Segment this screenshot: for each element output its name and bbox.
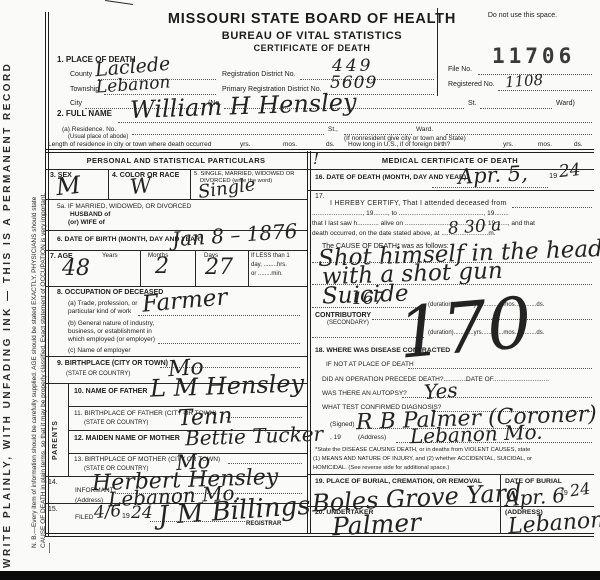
undertaker-value: Palmer	[331, 510, 421, 540]
age-years-value: 48	[62, 258, 90, 280]
dod-19-printed: 19	[549, 172, 557, 180]
signed-address-value: Lebanon Mo.	[410, 422, 543, 447]
board-title: MISSOURI STATE BOARD OF HEALTH	[162, 12, 462, 28]
form-left-border	[45, 12, 49, 536]
father-name-label: 10. NAME OF FATHER	[74, 388, 147, 396]
cell-divider	[248, 250, 249, 286]
less-than-label3: or ........min.	[251, 271, 283, 278]
signed-19-label: , 19	[330, 434, 341, 441]
city-label: City	[70, 100, 82, 108]
registered-no-value: 1108	[505, 73, 544, 91]
footnote-line2: (1) MEANS AND NATURE OF INJURY, and (2) …	[313, 456, 532, 462]
margin-note-line1: N. B.—Every item of information should b…	[31, 126, 38, 548]
length-yrs: yrs.	[240, 141, 250, 148]
length-ds: ds.	[326, 141, 335, 148]
certify-line1: I HEREBY CERTIFY, That I attended deceas…	[330, 200, 507, 208]
rule	[45, 250, 307, 251]
filed-date-value: 4/6	[93, 503, 122, 522]
certificate-subtitle: CERTIFICATE OF DEATH	[162, 44, 462, 54]
footnote-line3: HOMICIDAL. (See reverse side for additio…	[313, 465, 449, 471]
dotted-leader	[480, 107, 552, 109]
us-ds: ds.	[574, 141, 583, 148]
do-not-use-note: Do not use this space.	[455, 12, 590, 20]
age-days-value: 27	[205, 257, 233, 279]
how-long-us-label: How long in U.S., if of foreign birth?	[348, 141, 450, 148]
burial-year-value: 24	[569, 481, 591, 500]
ink-mark: !	[313, 152, 319, 167]
rule	[45, 286, 307, 287]
father-name-value: L M Hensley	[150, 371, 305, 400]
full-name-value: William H Hensley	[130, 90, 357, 122]
full-name-label: 2. FULL NAME	[57, 110, 112, 119]
rule	[307, 474, 594, 475]
registration-district-label: Registration District No.	[222, 71, 296, 79]
race-value: W	[129, 175, 153, 198]
residence-st-label: St.,	[328, 126, 338, 133]
contributory-label: CONTRIBUTORY	[315, 312, 371, 320]
occupation-b2: business, or establishment in	[68, 328, 152, 335]
husband-of-label: HUSBAND of	[70, 211, 110, 218]
occupation-b3: which employed (or employer)	[68, 336, 155, 343]
autopsy-value: Yes	[423, 380, 458, 402]
file-no-label: File No.	[448, 66, 472, 74]
scan-artifact	[49, 543, 50, 553]
autopsy-label: WAS THERE AN AUTOPSY?	[322, 390, 407, 397]
abode-note: (Usual place of abode)	[68, 134, 128, 141]
item-14-number: 14.	[48, 479, 58, 487]
dod-year-value: 24	[558, 162, 581, 181]
rule	[307, 190, 594, 191]
scan-bottom-bar	[0, 571, 600, 580]
column-divider	[307, 151, 311, 533]
personal-section-title: PERSONAL AND STATISTICAL PARTICULARS	[45, 157, 307, 165]
registrar-label: REGISTRAR	[246, 521, 281, 528]
mother-name-label: 12. MAIDEN NAME OF MOTHER	[74, 435, 180, 443]
length-residence-label: Length of residence in city or town wher…	[48, 141, 211, 148]
years-label: Years	[102, 253, 118, 260]
time-of-death-value: 8 30 a	[447, 217, 501, 238]
dob-value: Jan 8 – 1876	[171, 221, 298, 250]
us-mos: mos.	[538, 141, 552, 148]
secondary-label: (SECONDARY)	[327, 320, 369, 327]
registered-no-label: Registered No.	[448, 81, 495, 89]
operation-date-label: DATE OF...............................	[466, 376, 549, 383]
margin-note-bold: WRITE PLAINLY, WITH UNFADING INK — THIS …	[2, 3, 13, 568]
cell-divider	[108, 169, 109, 199]
city-ward-label: Ward)	[556, 100, 575, 108]
less-than-label2: day, ........hrs.	[251, 262, 287, 269]
section-divider	[45, 149, 594, 153]
scan-artifact	[105, 0, 133, 5]
item-17-number: 17.	[315, 193, 325, 201]
item-15-number: 15.	[48, 506, 58, 514]
dotted-leader	[446, 133, 592, 135]
wife-of-label: (or) WIFE of	[68, 219, 105, 226]
contributory-code-value: 170	[395, 287, 534, 368]
city-st-label: St.	[468, 100, 477, 108]
township-label: Township	[70, 86, 99, 94]
date-of-death-label: 16. DATE OF DEATH (MONTH, DAY AND YEAR)	[315, 174, 466, 181]
county-label: County	[70, 71, 92, 79]
if-not-label: IF NOT AT PLACE OF DEATH	[326, 361, 414, 368]
filed-19-printed: 19	[122, 513, 130, 521]
birthplace-sub: (STATE OR COUNTRY)	[66, 371, 130, 378]
cell-divider	[140, 250, 141, 286]
married-label: 5a. IF MARRIED, WIDOWED, OR DIVORCED	[57, 203, 191, 210]
dotted-leader	[226, 416, 302, 418]
date-of-death-value: Apr. 5,	[457, 163, 528, 188]
occupation-a2: particular kind of work	[68, 308, 131, 315]
occupation-value: Farmer	[141, 286, 228, 316]
father-birthplace-sub: (STATE OR COUNTRY)	[84, 420, 148, 427]
file-number-stamp: 11706	[492, 44, 575, 68]
dotted-leader	[132, 133, 324, 135]
bureau-subtitle: BUREAU OF VITAL STATISTICS	[162, 30, 462, 42]
footnote-line1: *State the DISEASE CAUSING DEATH, or in …	[315, 447, 530, 453]
dotted-leader	[512, 206, 592, 208]
signed-label: (Signed)	[330, 421, 355, 428]
parents-label: PARENTS	[52, 386, 59, 460]
dotted-leader	[228, 462, 302, 464]
occupation-b1: (b) General nature of industry,	[68, 320, 154, 327]
mother-name-value: Bettie Tucker	[185, 424, 324, 449]
certify-line3: that I last saw h............ alive on .…	[312, 220, 535, 227]
length-mos: mos.	[283, 141, 297, 148]
burial-19-printed: 19	[560, 490, 568, 498]
filed-label: FILED	[75, 514, 93, 521]
medical-section-title: MEDICAL CERTIFICATE OF DEATH	[325, 157, 575, 165]
occupation-c: (c) Name of employer	[68, 347, 131, 354]
rule	[45, 199, 307, 200]
us-yrs: yrs.	[503, 141, 513, 148]
cell-divider	[190, 169, 191, 199]
disease-contracted-label: 18. WHERE WAS DISEASE CONTRACTED	[315, 347, 450, 354]
sex-value: M	[55, 173, 82, 199]
death-certificate-scan: WRITE PLAINLY, WITH UNFADING INK — THIS …	[0, 0, 600, 580]
dotted-leader	[408, 367, 592, 369]
rule	[307, 506, 594, 507]
less-than-label1: If LESS than 1	[251, 253, 290, 260]
signed-address-label: (Address)	[358, 434, 386, 441]
birthplace-label: 9. BIRTHPLACE (CITY OR TOWN)	[57, 360, 168, 368]
dotted-leader	[158, 342, 300, 344]
residence-label: (a) Residence. No.	[62, 126, 116, 133]
occupation-a1: (a) Trade, profession, or	[68, 300, 137, 307]
age-months-value: 2	[155, 256, 169, 278]
residence-ward-label: Ward.	[416, 126, 433, 133]
cell-divider	[195, 250, 196, 286]
